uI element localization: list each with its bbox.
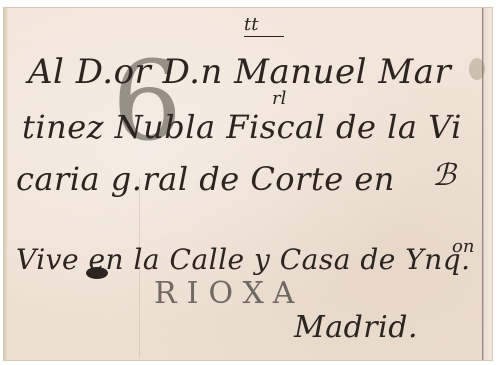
address-line-2: tinez Nubla Fiscal de la Vi: [22, 108, 462, 146]
address-line-city: Madrid.: [294, 310, 418, 345]
flourish-mark: ℬ: [432, 158, 456, 193]
paper-sheet: 6 RIOXA tt rl on Al D.or D.n Manuel Mar …: [4, 8, 492, 360]
superscript-tt: tt: [244, 14, 258, 35]
paper-right-fold: [482, 8, 492, 360]
letter-photo: 6 RIOXA tt rl on Al D.or D.n Manuel Mar …: [0, 0, 500, 365]
address-line-4: Vive en la Calle y Casa de Ynq.: [16, 243, 471, 276]
stain-mark: [469, 58, 485, 80]
address-line-1: Al D.or D.n Manuel Mar: [28, 52, 451, 92]
paper-left-edge: [4, 8, 8, 360]
superscript-underline: [244, 36, 284, 37]
address-line-3: caria g.ral de Corte en: [16, 160, 395, 198]
postmark-rioxa: RIOXA: [154, 276, 304, 311]
